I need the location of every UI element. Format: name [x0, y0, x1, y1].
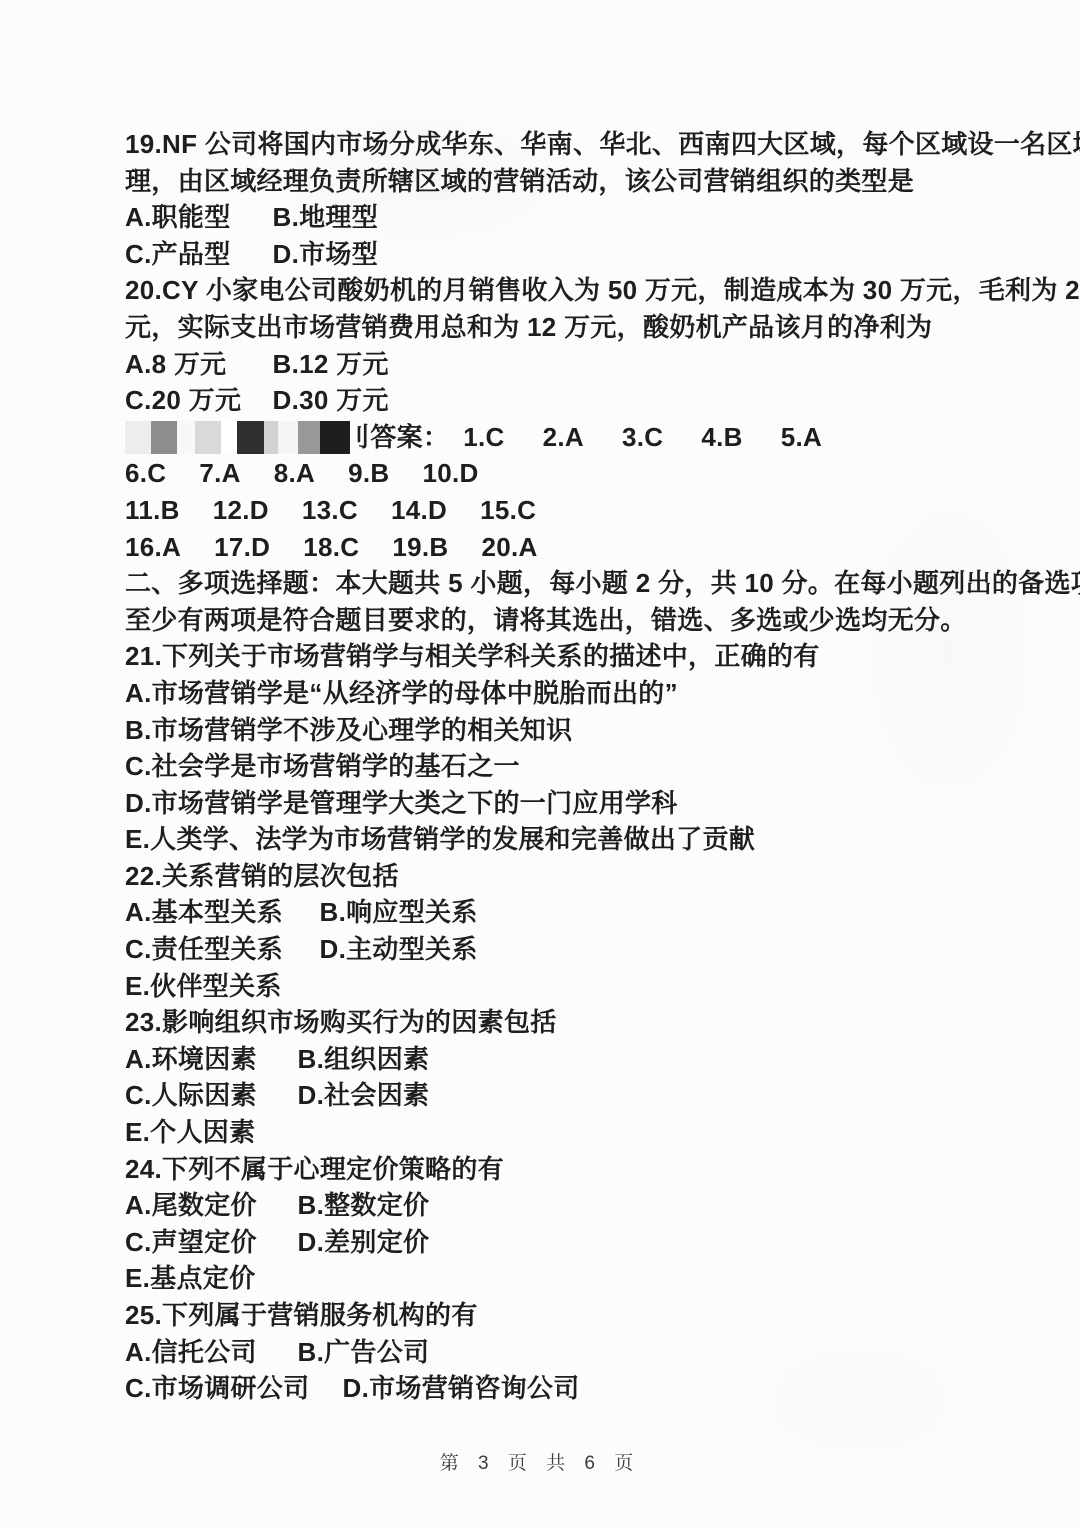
answer-entry: 16.A	[125, 529, 181, 566]
answer-entry: 14.D	[391, 492, 447, 529]
options-row: A.信托公司 B.广告公司	[125, 1334, 960, 1371]
options-row: C.社会学是市场营销学的基石之一	[125, 748, 960, 785]
answer-key-row: 11.B 12.D 13.C 14.D 15.C	[125, 492, 960, 529]
redaction-block	[177, 421, 195, 454]
answer-key-row: 16.A 17.D 18.C 19.B 20.A	[125, 529, 960, 566]
answer-entry: 7.A	[199, 455, 240, 492]
answer-entry: 3.C	[622, 419, 663, 456]
redaction-block	[151, 421, 177, 454]
options-row: E.伙伴型关系	[125, 968, 960, 1005]
options-row: E.基点定价	[125, 1260, 960, 1297]
option-b: B.广告公司	[298, 1337, 430, 1367]
section-2-multiple-choice: 二、多项选择题：本大题共 5 小题，每小题 2 分，共 10 分。在每小题列出的…	[125, 565, 960, 638]
answer-entry: 18.C	[303, 529, 359, 566]
answer-entry: 13.C	[302, 492, 358, 529]
options-row: A.基本型关系 B.响应型关系	[125, 894, 960, 931]
options-row: A.环境因素 B.组织因素	[125, 1041, 960, 1078]
answer-key: 刂答案： 1.C 2.A 3.C 4.B 5.A 6.C 7.A 8.A 9.B…	[125, 419, 960, 565]
question-22: 22.关系营销的层次包括 A.基本型关系 B.响应型关系 C.责任型关系 D.主…	[125, 858, 960, 1004]
option-c: C.责任型关系	[125, 931, 312, 968]
option-b: B.组织因素	[298, 1044, 430, 1074]
option-e: E.人类学、法学为市场营销学的发展和完善做出了贡献	[125, 821, 755, 858]
question-stem-line: 理，由区域经理负责所辖区域的营销活动，该公司营销组织的类型是	[125, 163, 960, 200]
question-25: 25.下列属于营销服务机构的有 A.信托公司 B.广告公司 C.市场调研公司 D…	[125, 1297, 960, 1407]
option-c: C.人际因素	[125, 1077, 290, 1114]
option-d: D.市场营销学是管理学大类之下的一门应用学科	[125, 785, 678, 822]
option-b: B.地理型	[273, 202, 379, 232]
option-a: A.市场营销学是“从经济学的母体中脱胎而出的”	[125, 675, 678, 712]
redaction-block	[237, 421, 264, 454]
question-stem-line: 25.下列属于营销服务机构的有	[125, 1297, 960, 1334]
redaction-block	[278, 421, 298, 454]
question-stem-line: 21.下列关于市场营销学与相关学科关系的描述中，正确的有	[125, 638, 960, 675]
redaction-block	[221, 421, 237, 454]
option-b: B.整数定价	[298, 1190, 430, 1220]
option-c: C.声望定价	[125, 1224, 290, 1261]
options-row: A.市场营销学是“从经济学的母体中脱胎而出的”	[125, 675, 960, 712]
option-e: E.伙伴型关系	[125, 968, 282, 1005]
redaction-block	[195, 421, 221, 454]
options-row: A.尾数定价 B.整数定价	[125, 1187, 960, 1224]
option-c: C.20 万元	[125, 382, 265, 419]
options-row: A.8 万元 B.12 万元	[125, 346, 960, 383]
answer-entry: 6.C	[125, 455, 166, 492]
answer-entry: 10.D	[423, 455, 479, 492]
answer-key-label: 刂答案：	[344, 419, 449, 456]
answer-entry: 11.B	[125, 492, 180, 529]
option-a: A.基本型关系	[125, 894, 312, 931]
options-row: A.职能型 B.地理型	[125, 199, 960, 236]
options-row: E.个人因素	[125, 1114, 960, 1151]
option-a: A.尾数定价	[125, 1187, 290, 1224]
answer-entry: 17.D	[214, 529, 270, 566]
answer-entry: 20.A	[482, 529, 538, 566]
page-number: 第 3 页 共 6 页	[0, 1448, 1080, 1475]
options-row: C.产品型 D.市场型	[125, 236, 960, 273]
question-stem-line: 元，实际支出市场营销费用总和为 12 万元，酸奶机产品该月的净利为	[125, 309, 960, 346]
options-row: C.20 万元 D.30 万元	[125, 382, 960, 419]
option-a: A.职能型	[125, 199, 265, 236]
answer-entry: 2.A	[543, 419, 584, 456]
answer-key-row: 6.C 7.A 8.A 9.B 10.D	[125, 455, 960, 492]
answer-entry: 1.C	[463, 419, 504, 456]
question-stem-line: 23.影响组织市场购买行为的因素包括	[125, 1004, 960, 1041]
options-row: E.人类学、法学为市场营销学的发展和完善做出了贡献	[125, 821, 960, 858]
redaction-mosaic	[125, 419, 350, 455]
section-heading-line: 至少有两项是符合题目要求的，请将其选出，错选、多选或少选均无分。	[125, 602, 960, 639]
question-23: 23.影响组织市场购买行为的因素包括 A.环境因素 B.组织因素 C.人际因素 …	[125, 1004, 960, 1150]
option-d: D.差别定价	[298, 1227, 430, 1257]
answer-entry: 12.D	[213, 492, 269, 529]
answer-entry: 15.C	[480, 492, 536, 529]
option-d: D.市场营销咨询公司	[343, 1373, 580, 1403]
options-row: B.市场营销学不涉及心理学的相关知识	[125, 712, 960, 749]
option-a: A.环境因素	[125, 1041, 290, 1078]
question-stem-line: 24.下列不属于心理定价策略的有	[125, 1151, 960, 1188]
option-b: B.响应型关系	[320, 897, 478, 927]
question-stem-line: 19.NF 公司将国内市场分成华东、华南、华北、西南四大区域，每个区域设一名区域…	[125, 126, 960, 163]
section-heading-line: 二、多项选择题：本大题共 5 小题，每小题 2 分，共 10 分。在每小题列出的…	[125, 565, 960, 602]
options-row: C.人际因素 D.社会因素	[125, 1077, 960, 1114]
options-row: D.市场营销学是管理学大类之下的一门应用学科	[125, 785, 960, 822]
question-24: 24.下列不属于心理定价策略的有 A.尾数定价 B.整数定价 C.声望定价 D.…	[125, 1151, 960, 1297]
option-e: E.基点定价	[125, 1260, 255, 1297]
option-c: C.产品型	[125, 236, 265, 273]
question-20: 20.CY 小家电公司酸奶机的月销售收入为 50 万元，制造成本为 30 万元，…	[125, 272, 960, 418]
option-d: D.社会因素	[298, 1080, 430, 1110]
answer-entry: 8.A	[274, 455, 315, 492]
options-row: C.声望定价 D.差别定价	[125, 1224, 960, 1261]
question-stem-line: 20.CY 小家电公司酸奶机的月销售收入为 50 万元，制造成本为 30 万元，…	[125, 272, 960, 309]
option-a: A.8 万元	[125, 346, 265, 383]
options-row: C.市场调研公司 D.市场营销咨询公司	[125, 1370, 960, 1407]
option-c: C.社会学是市场营销学的基石之一	[125, 748, 520, 785]
answer-key-row: 刂答案： 1.C 2.A 3.C 4.B 5.A	[125, 419, 960, 456]
option-d: D.市场型	[273, 239, 379, 269]
option-d: D.30 万元	[273, 385, 389, 415]
question-19: 19.NF 公司将国内市场分成华东、华南、华北、西南四大区域，每个区域设一名区域…	[125, 126, 960, 272]
answer-entry: 4.B	[701, 419, 742, 456]
option-b: B.12 万元	[273, 349, 389, 379]
redaction-block	[125, 421, 151, 454]
option-a: A.信托公司	[125, 1334, 290, 1371]
option-e: E.个人因素	[125, 1114, 255, 1151]
option-c: C.市场调研公司	[125, 1370, 335, 1407]
option-d: D.主动型关系	[320, 934, 478, 964]
answer-entry: 19.B	[392, 529, 448, 566]
question-21: 21.下列关于市场营销学与相关学科关系的描述中，正确的有 A.市场营销学是“从经…	[125, 638, 960, 858]
answer-entry: 5.A	[781, 419, 822, 456]
answer-entry: 9.B	[348, 455, 389, 492]
redaction-block	[298, 421, 320, 454]
question-stem-line: 22.关系营销的层次包括	[125, 858, 960, 895]
options-row: C.责任型关系 D.主动型关系	[125, 931, 960, 968]
exam-page: 19.NF 公司将国内市场分成华东、华南、华北、西南四大区域，每个区域设一名区域…	[0, 0, 1080, 1407]
redaction-block	[264, 421, 278, 454]
option-b: B.市场营销学不涉及心理学的相关知识	[125, 712, 572, 749]
